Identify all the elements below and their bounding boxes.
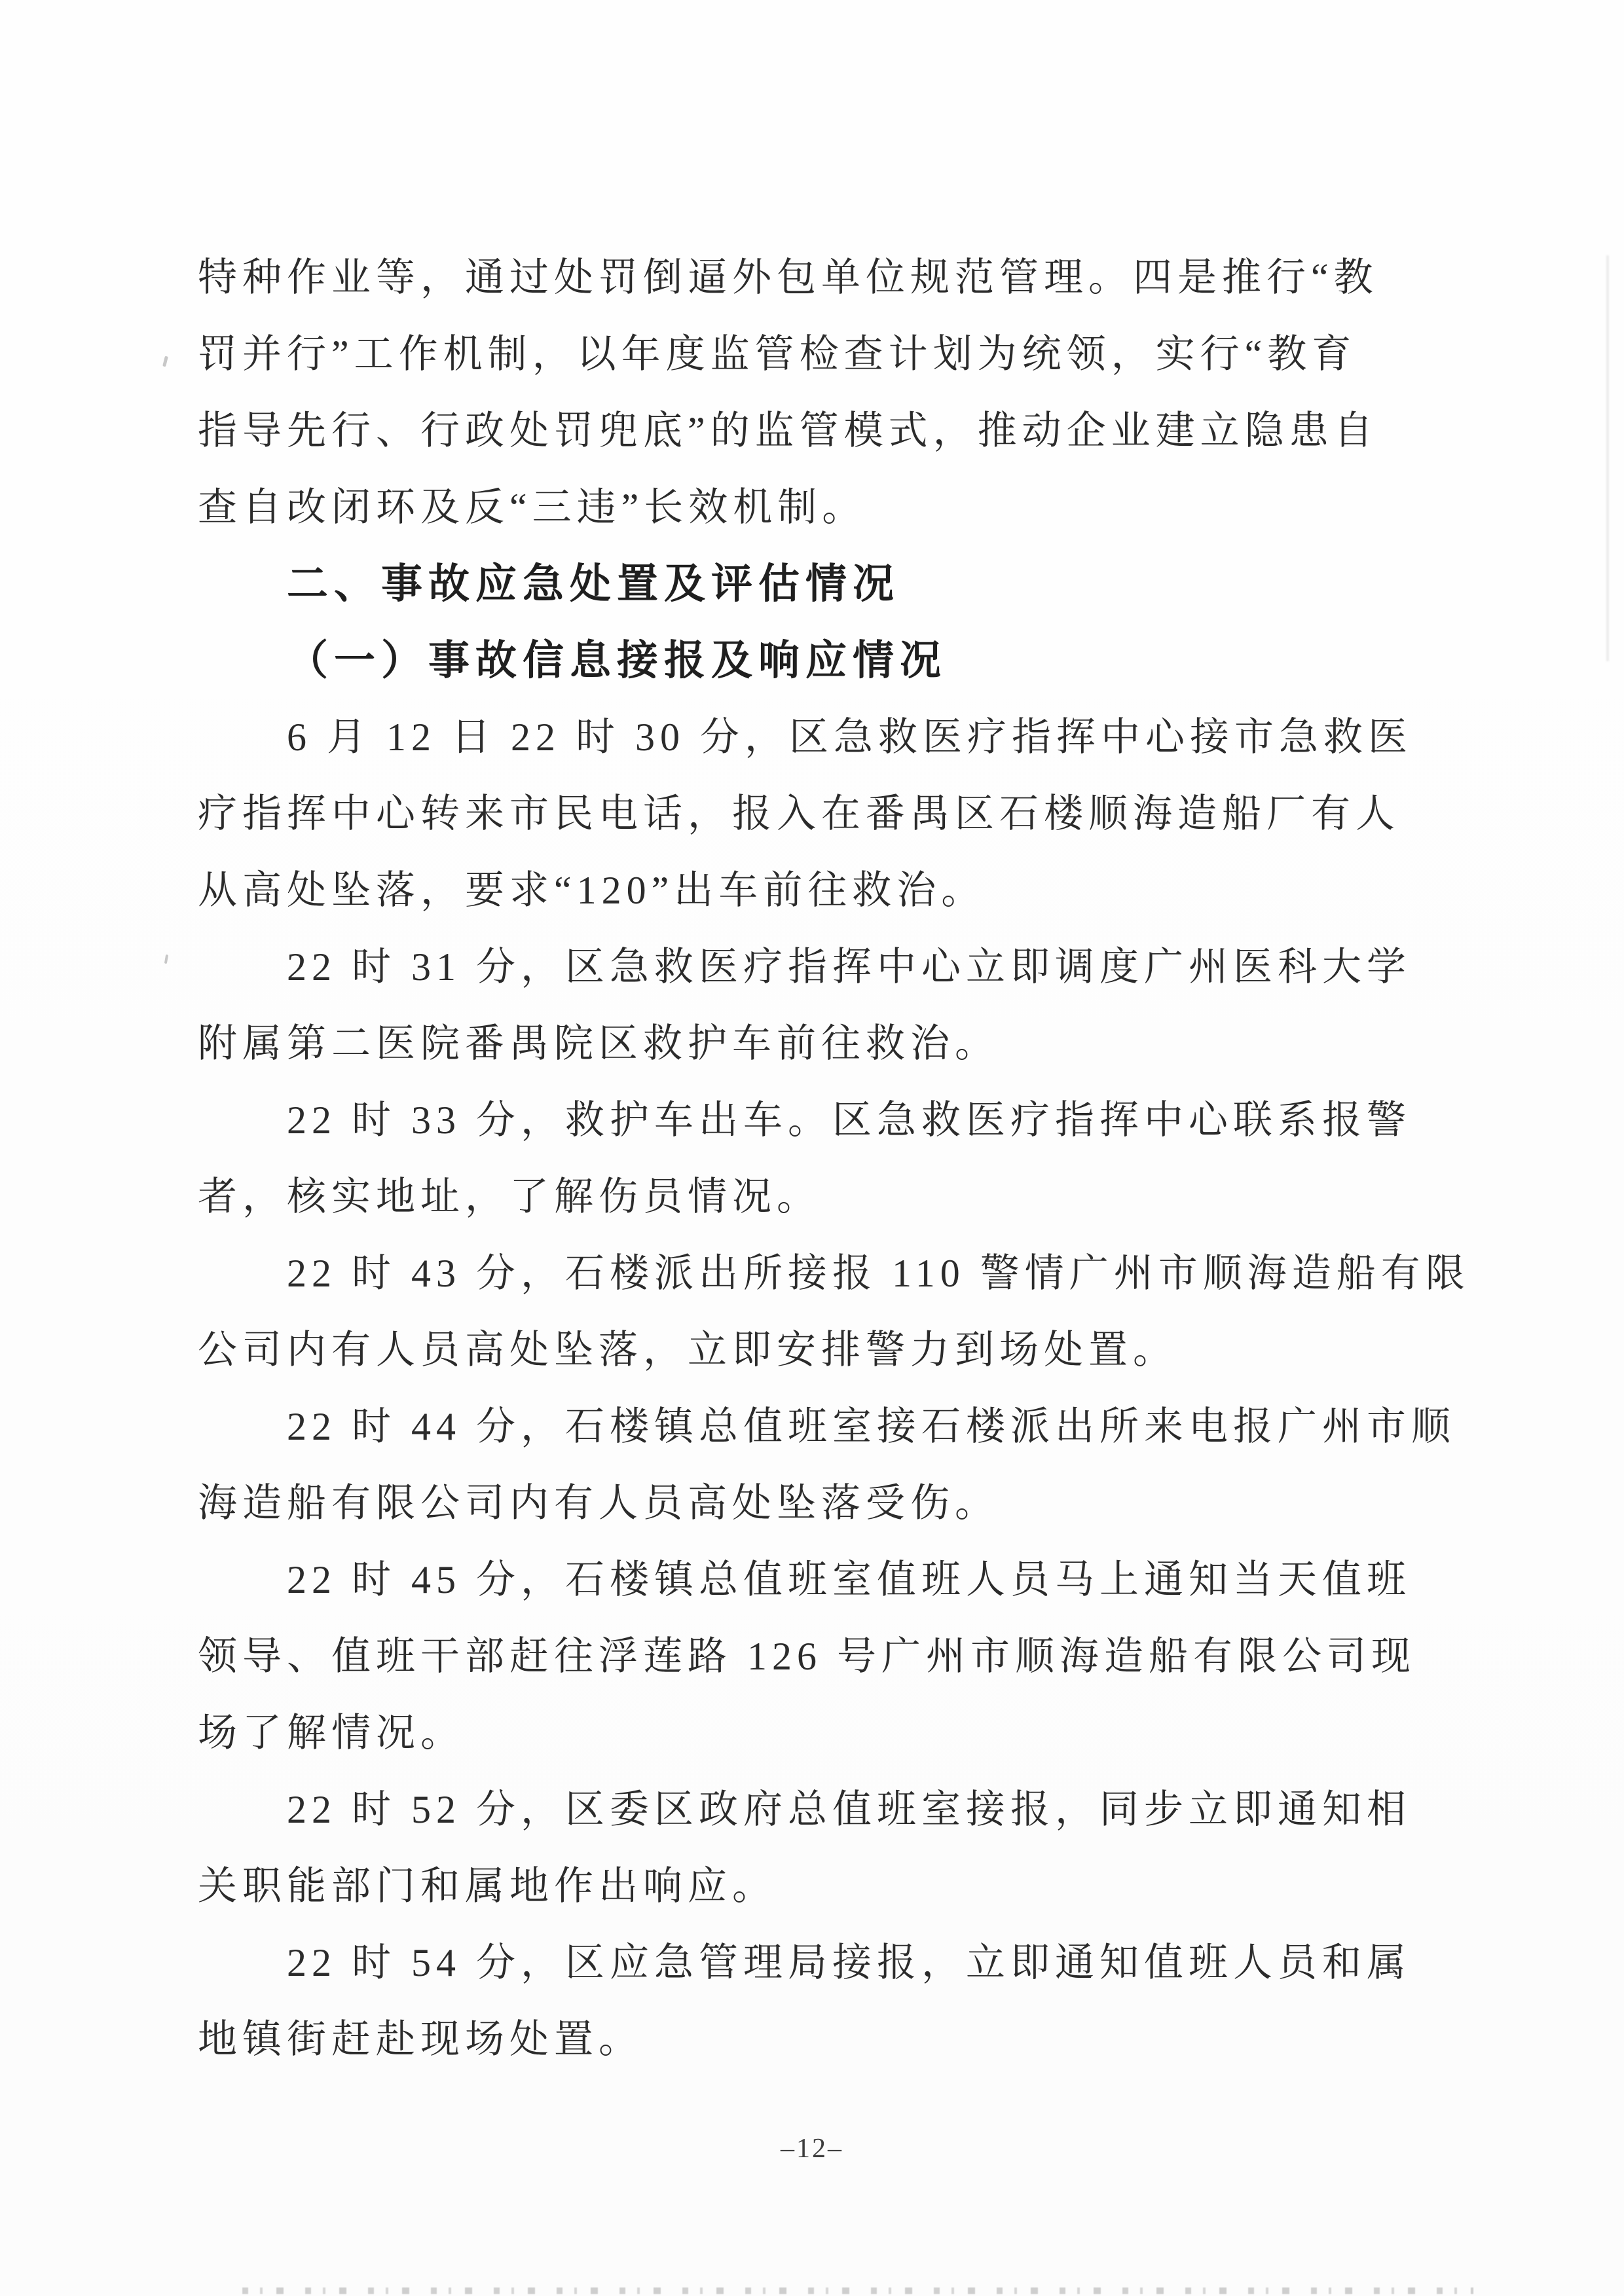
scanned-document-page: { "document": { "lines": [ "特种作业等，通过处罚倒逼… bbox=[0, 0, 1624, 2296]
page-background: 特种作业等，通过处罚倒逼外包单位规范管理。四是推行“教 罚并行”工作机制，以年度… bbox=[0, 0, 1624, 2296]
bleed-through-text bbox=[242, 2287, 1473, 2294]
text-line: 海造船有限公司内有人员高处坠落受伤。 bbox=[198, 1465, 1449, 1542]
scan-streak bbox=[1606, 255, 1609, 661]
text-line: 22 时 43 分，石楼派出所接报 110 警情广州市顺海造船有限 bbox=[198, 1235, 1449, 1312]
section-heading: 二、事故应急处置及评估情况 bbox=[198, 546, 1449, 623]
document-body: 特种作业等，通过处罚倒逼外包单位规范管理。四是推行“教 罚并行”工作机制，以年度… bbox=[198, 240, 1449, 2078]
text-line: 公司内有人员高处坠落，立即安排警力到场处置。 bbox=[198, 1312, 1449, 1389]
text-line: 22 时 44 分，石楼镇总值班室接石楼派出所来电报广州市顺 bbox=[198, 1389, 1449, 1465]
text-line: 6 月 12 日 22 时 30 分，区急救医疗指挥中心接市急救医 bbox=[198, 699, 1449, 776]
text-line: 22 时 33 分，救护车出车。区急救医疗指挥中心联系报警 bbox=[198, 1082, 1449, 1159]
text-line: 22 时 54 分，区应急管理局接报，立即通知值班人员和属 bbox=[198, 1925, 1449, 2001]
scan-speck bbox=[162, 356, 168, 367]
text-line: 者，核实地址，了解伤员情况。 bbox=[198, 1159, 1449, 1235]
text-line: 领导、值班干部赶往浮莲路 126 号广州市顺海造船有限公司现 bbox=[198, 1618, 1449, 1695]
text-line: 从高处坠落，要求“120”出车前往救治。 bbox=[198, 852, 1449, 929]
text-line: 场了解情况。 bbox=[198, 1695, 1449, 1772]
subsection-heading: （一）事故信息接报及响应情况 bbox=[198, 623, 1449, 699]
text-line: 关职能部门和属地作出响应。 bbox=[198, 1848, 1449, 1925]
page-number: –12– bbox=[0, 2129, 1624, 2168]
text-line: 疗指挥中心转来市民电话，报入在番禺区石楼顺海造船厂有人 bbox=[198, 776, 1449, 852]
text-line: 查自改闭环及反“三违”长效机制。 bbox=[198, 469, 1449, 546]
text-line: 附属第二医院番禺院区救护车前往救治。 bbox=[198, 1006, 1449, 1082]
text-line: 特种作业等，通过处罚倒逼外包单位规范管理。四是推行“教 bbox=[198, 240, 1449, 316]
text-line: 指导先行、行政处罚兜底”的监管模式，推动企业建立隐患自 bbox=[198, 393, 1449, 469]
text-line: 22 时 52 分，区委区政府总值班室接报，同步立即通知相 bbox=[198, 1772, 1449, 1848]
text-line: 22 时 31 分，区急救医疗指挥中心立即调度广州医科大学 bbox=[198, 929, 1449, 1006]
text-line: 22 时 45 分，石楼镇总值班室值班人员马上通知当天值班 bbox=[198, 1542, 1449, 1618]
text-line: 罚并行”工作机制，以年度监管检查计划为统领，实行“教育 bbox=[198, 316, 1449, 393]
text-line: 地镇街赶赴现场处置。 bbox=[198, 2001, 1449, 2078]
scan-speck bbox=[164, 955, 168, 964]
